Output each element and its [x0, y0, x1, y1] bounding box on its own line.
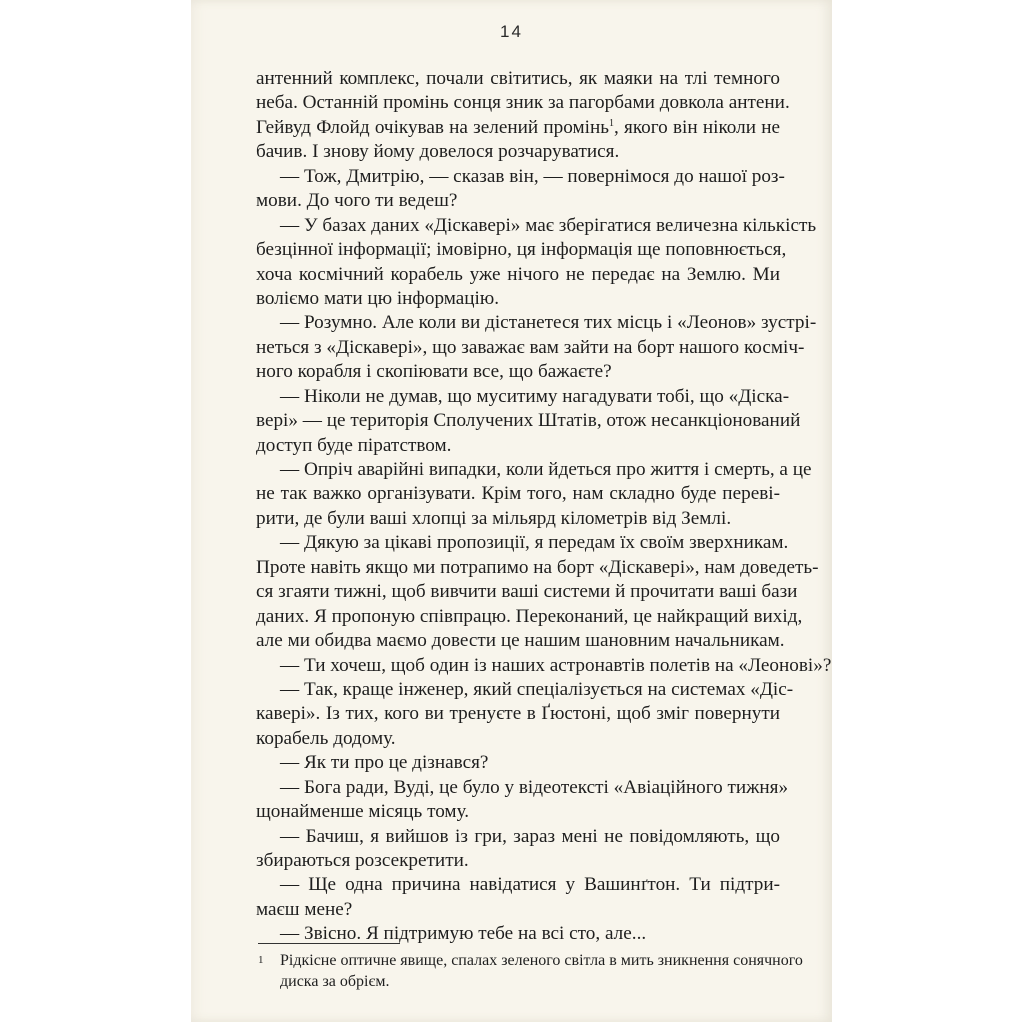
- text-line-26: кавері». Із тих, кого ви тренуєте в Ґюст…: [256, 702, 780, 726]
- text-line-8: хоча космічний корабель уже нічого не пе…: [256, 263, 780, 287]
- text-line-7: безцінної інформації; імовірно, ця інфор…: [256, 238, 780, 262]
- page-number: 14: [191, 22, 832, 42]
- text-line-1: неба. Останній промінь сонця зник за паг…: [256, 91, 780, 115]
- text-line-29: — Бога ради, Вуді, це було у відеотексті…: [256, 776, 780, 800]
- footnote: 1 Рідкісне оптичне явище, спалах зеленог…: [256, 950, 782, 992]
- footnote-divider: [258, 943, 400, 944]
- body-text: антенний комплекс, почали світитись, як …: [256, 67, 780, 947]
- text-line-4: — Тож, Дмитрію, — сказав він, — повернім…: [256, 165, 780, 189]
- text-line-24: — Ти хочеш, щоб один із наших астронавті…: [256, 654, 780, 678]
- text-line-19: — Дякую за цікаві пропозиції, я передам …: [256, 531, 780, 555]
- footnote-line-1: диска за обрієм.: [256, 971, 782, 992]
- text-line-12: ного корабля і скопіювати все, що бажаєт…: [256, 360, 780, 384]
- text-line-2-before: Гейвуд Флойд очікував на зелений промінь: [256, 117, 609, 138]
- text-line-21: ся згаяти тижні, щоб вивчити ваші систем…: [256, 580, 780, 604]
- text-line-10: — Розумно. Але коли ви дістанетеся тих м…: [256, 311, 780, 335]
- text-line-0: антенний комплекс, почали світитись, як …: [256, 67, 780, 91]
- text-line-25: — Так, краще інженер, який спеціалізуєть…: [256, 678, 780, 702]
- text-line-33: — Ще одна причина навідатися у Вашинґтон…: [256, 873, 780, 897]
- text-line-2-after: , якого він ніколи не: [614, 117, 780, 138]
- text-line-34: маєш мене?: [256, 898, 780, 922]
- text-line-23: але ми обидва маємо довести це нашим шан…: [256, 629, 780, 653]
- text-line-15: доступ буде піратством.: [256, 434, 780, 458]
- text-line-16: — Опріч аварійні випадки, коли йдеться п…: [256, 458, 780, 482]
- text-line-9: воліємо мати цю інформацію.: [256, 287, 780, 311]
- book-page: 14 антенний комплекс, почали світитись, …: [191, 0, 832, 1022]
- text-line-20: Проте навіть якщо ми потрапимо на борт «…: [256, 556, 780, 580]
- text-line-31: — Бачиш, я вийшов із гри, зараз мені не …: [256, 825, 780, 849]
- text-line-32: збираються розсекретити.: [256, 849, 780, 873]
- text-line-28: — Як ти про це дізнався?: [256, 751, 780, 775]
- text-line-17: не так важко організувати. Крім того, на…: [256, 482, 780, 506]
- text-line-5: мови. До чого ти ведеш?: [256, 189, 780, 213]
- text-line-22: даних. Я пропоную співпрацю. Переконаний…: [256, 605, 780, 629]
- footnote-mark: 1: [258, 950, 264, 971]
- text-line-6: — У базах даних «Діскавері» має зберігат…: [256, 214, 780, 238]
- text-line-13: — Ніколи не думав, що муситиму нагадуват…: [256, 385, 780, 409]
- text-line-27: корабель додому.: [256, 727, 780, 751]
- text-line-14: вері» — це територія Сполучених Штатів, …: [256, 409, 780, 433]
- text-line-3: бачив. І знову йому довелося розчарувати…: [256, 140, 780, 164]
- text-line-2: Гейвуд Флойд очікував на зелений промінь…: [256, 116, 780, 140]
- text-line-18: рити, де були ваші хлопці за мільярд кіл…: [256, 507, 780, 531]
- footnote-line-0: Рідкісне оптичне явище, спалах зеленого …: [256, 950, 782, 971]
- text-line-11: неться з «Діскавері», що заважає вам зай…: [256, 336, 780, 360]
- text-line-30: щонайменше місяць тому.: [256, 800, 780, 824]
